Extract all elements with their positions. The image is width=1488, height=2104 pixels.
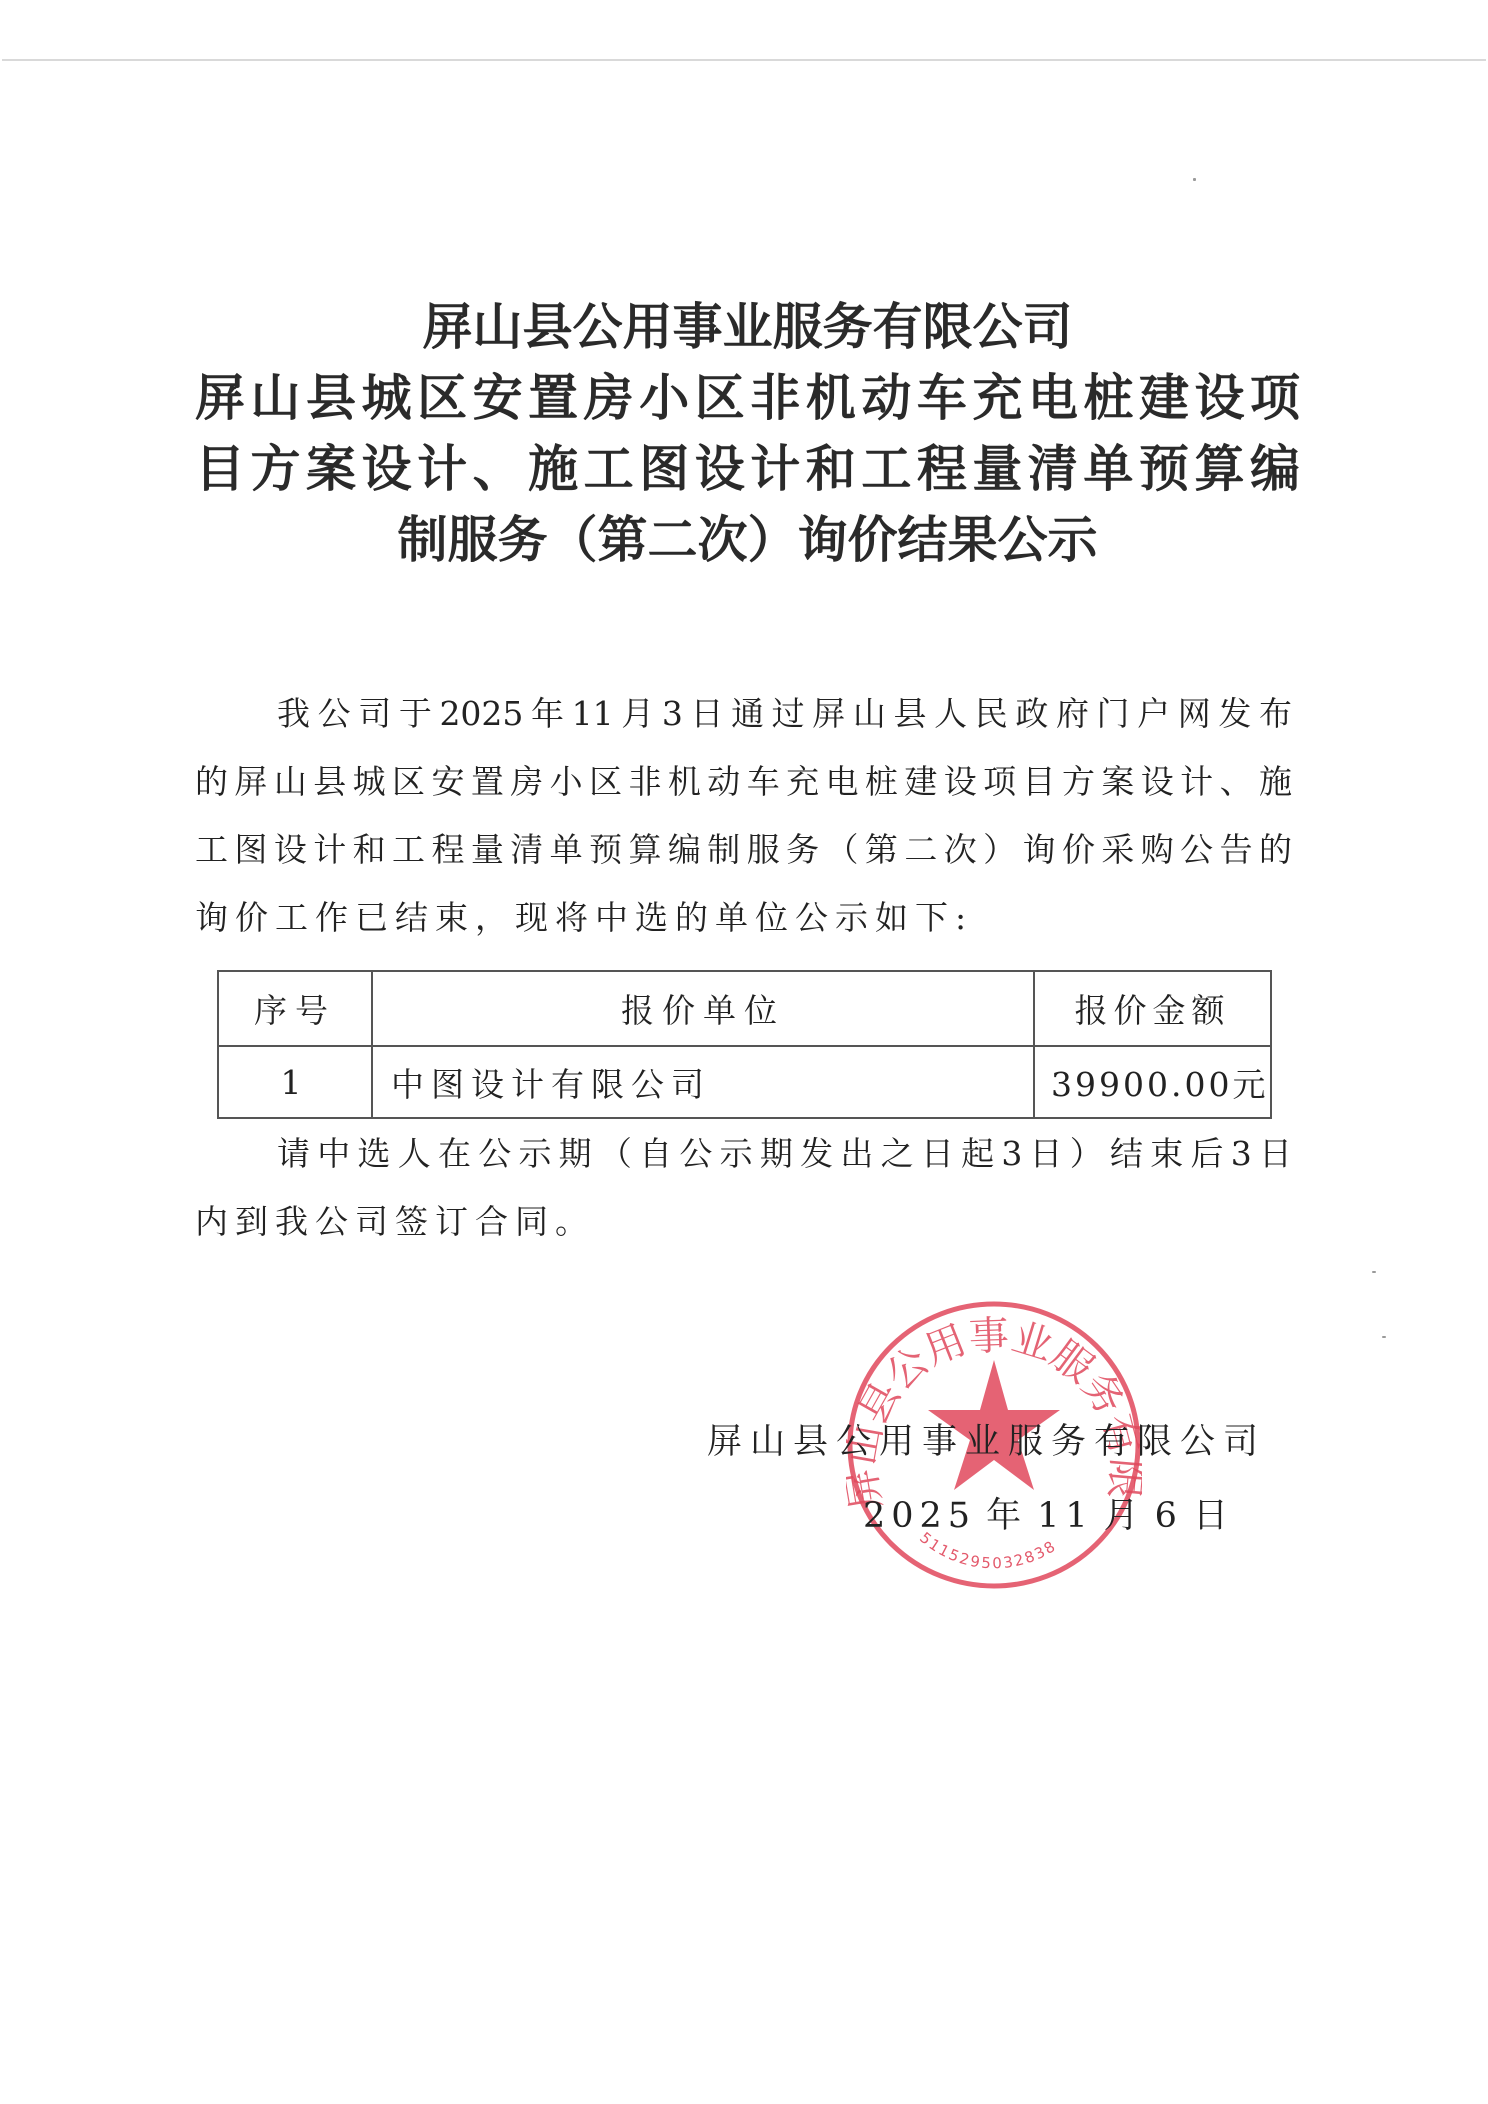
date-day: 6 <box>1155 1496 1183 1536</box>
paragraph-line: 我公司于2025年11月3日通过屏山县人民政府门户网发布 <box>195 690 1292 758</box>
header-amount: 报价金额 <box>1034 971 1271 1046</box>
signature-date: 2025年11月6日 <box>863 1488 1244 1538</box>
signature-company: 屏山县公用事业服务有限公司 <box>707 1414 1266 1464</box>
header-bidder: 报价单位 <box>372 971 1034 1046</box>
cell-bidder: 中图设计有限公司 <box>372 1046 1034 1118</box>
cell-amount: 39900.00元 <box>1034 1046 1271 1118</box>
paragraph-line: 询价工作已结束，现将中选的单位公示如下: <box>195 894 1292 962</box>
title-line: 目方案设计、施工图设计和工程量清单预算编 <box>195 438 1300 509</box>
paragraph-line: 工图设计和工程量清单预算编制服务（第二次）询价采购公告的 <box>195 826 1292 894</box>
date-year-label: 年 <box>986 1496 1027 1536</box>
title-line: 制服务（第二次）询价结果公示 <box>195 509 1300 580</box>
note-paragraph: 请中选人在公示期（自公示期发出之日起3日）结束后3日 内到我公司签订合同。 <box>195 1130 1292 1266</box>
paragraph-line: 的屏山县城区安置房小区非机动车充电桩建设项目方案设计、施 <box>195 758 1292 826</box>
title-line: 屏山县城区安置房小区非机动车充电桩建设项 <box>195 367 1300 438</box>
scan-speck <box>1382 1336 1386 1338</box>
scan-speck <box>1193 178 1196 181</box>
paragraph-line: 请中选人在公示期（自公示期发出之日起3日）结束后3日 <box>195 1130 1292 1198</box>
title-line-company: 屏山县公用事业服务有限公司 <box>195 296 1300 367</box>
document-title: 屏山县公用事业服务有限公司 屏山县城区安置房小区非机动车充电桩建设项 目方案设计… <box>195 296 1300 580</box>
result-table: 序号 报价单位 报价金额 1 中图设计有限公司 39900.00元 <box>217 970 1272 1119</box>
scan-speck <box>1372 1271 1376 1273</box>
date-day-label: 日 <box>1193 1496 1234 1536</box>
header-index: 序号 <box>218 971 372 1046</box>
date-month: 11 <box>1037 1496 1094 1536</box>
date-month-label: 月 <box>1104 1496 1145 1536</box>
table-header-row: 序号 报价单位 报价金额 <box>218 971 1271 1046</box>
date-year: 2025 <box>863 1496 976 1536</box>
scan-edge-line <box>2 59 1486 61</box>
cell-index: 1 <box>218 1046 372 1118</box>
intro-paragraph: 我公司于2025年11月3日通过屏山县人民政府门户网发布 的屏山县城区安置房小区… <box>195 690 1292 962</box>
paragraph-line: 内到我公司签订合同。 <box>195 1198 1292 1266</box>
table-row: 1 中图设计有限公司 39900.00元 <box>218 1046 1271 1118</box>
